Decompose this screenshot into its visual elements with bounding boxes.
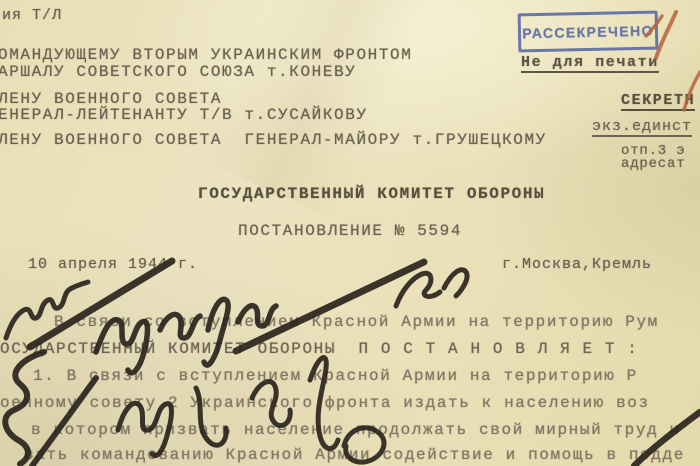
body-line: 1. В связи с вступлением Красной Армии н…: [33, 368, 638, 384]
body-line: В связи со вступлением Красной Армии на …: [54, 314, 659, 330]
addressee-line: АРШАЛУ СОВЕТСКОГО СОЮЗА т.КОНЕВУ: [0, 64, 356, 80]
body-line: ОСУДАРСТВЕННЫЙ КОМИТЕТ ОБОРОНЫ П О С Т А…: [0, 341, 639, 357]
declassified-stamp: РАССЕКРЕЧЕНО: [518, 11, 659, 53]
addressee-marking: адресат: [621, 157, 685, 171]
addressee-line: ЛЕНУ ВОЕННОГО СОВЕТА: [0, 91, 222, 107]
red-pen-stroke: [656, 12, 676, 58]
decree-number: ПОСТАНОВЛЕНИЕ № 5594: [238, 223, 462, 239]
body-line: вать командованию Красной Армии содейств…: [24, 447, 685, 463]
addressee-line: ОМАНДУЮЩЕМУ ВТОРЫМ УКРАИНСКИМ ФРОНТОМ: [0, 47, 412, 63]
committee-title: ГОСУДАРСТВЕННЫЙ КОМИТЕТ ОБОРОНЫ: [198, 186, 545, 202]
secret-marking: СЕКРЕТН: [621, 93, 695, 111]
addressee-line: ЕНЕРАЛ-ЛЕЙТЕНАНТУ Т/В т.СУСАЙКОВУ: [0, 107, 368, 123]
not-for-print-marking: Не для печати: [521, 55, 659, 73]
decree-date: 10 апреля 1944 г.: [28, 257, 198, 272]
decree-place: г.Москва,Кремль: [502, 257, 652, 272]
corner-fragment: ия Т/Л: [2, 8, 62, 23]
handwriting-stroke: [444, 270, 467, 296]
handwriting-stroke: [236, 262, 424, 351]
single-copy-marking: экз.единст: [592, 119, 692, 137]
handwriting-stroke: [30, 261, 172, 347]
scanned-document-page: ия Т/Л РАССЕКРЕЧЕНО Не для печати СЕКРЕТ…: [0, 0, 700, 466]
body-line: оенному совету 2 Украинского фронта изда…: [0, 395, 650, 411]
handwriting-stroke: [396, 273, 440, 306]
body-line: в котором призвать население продолжать …: [31, 422, 681, 438]
addressee-line: ЛЕНУ ВОЕННОГО СОВЕТА ГЕНЕРАЛ-МАЙОРУ т.ГР…: [0, 132, 547, 148]
declassified-stamp-label: РАССЕКРЕЧЕНО: [522, 22, 654, 41]
